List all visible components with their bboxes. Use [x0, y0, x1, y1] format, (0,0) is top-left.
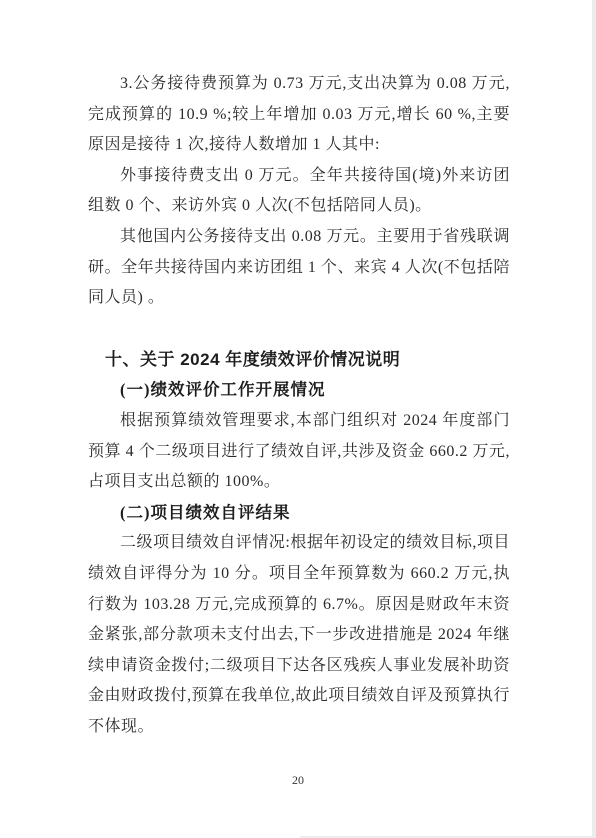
document-page: 3.公务接待费预算为 0.73 万元,支出决算为 0.08 万元,完成预算的 1… [0, 0, 596, 838]
section-heading-performance-evaluation: 十、关于 2024 年度绩效评价情况说明 [105, 345, 510, 376]
paragraph-evaluation-work-details: 根据预算绩效管理要求,本部门组织对 2024 年度部门预算 4 个二级项目进行了… [88, 406, 510, 498]
paragraph-official-reception-budget: 3.公务接待费预算为 0.73 万元,支出决算为 0.08 万元,完成预算的 1… [88, 69, 510, 161]
sub-heading-evaluation-work: (一)绩效评价工作开展情况 [88, 375, 510, 406]
paragraph-foreign-affairs-reception: 外事接待费支出 0 万元。全年共接待国(境)外来访团组数 0 个、来访外宾 0 … [88, 161, 510, 222]
sub-heading-self-evaluation-results: (二)项目绩效自评结果 [88, 498, 510, 529]
paragraph-self-evaluation-details: 二级项目绩效自评情况:根据年初设定的绩效目标,项目绩效自评得分为 10 分。项目… [88, 528, 510, 742]
page-right-edge [592, 0, 596, 838]
page-number: 20 [0, 773, 596, 788]
paragraph-domestic-reception: 其他国内公务接待支出 0.08 万元。主要用于省残联调研。全年共接待国内来访团组… [88, 222, 510, 314]
document-body: 3.公务接待费预算为 0.73 万元,支出决算为 0.08 万元,完成预算的 1… [88, 69, 510, 742]
